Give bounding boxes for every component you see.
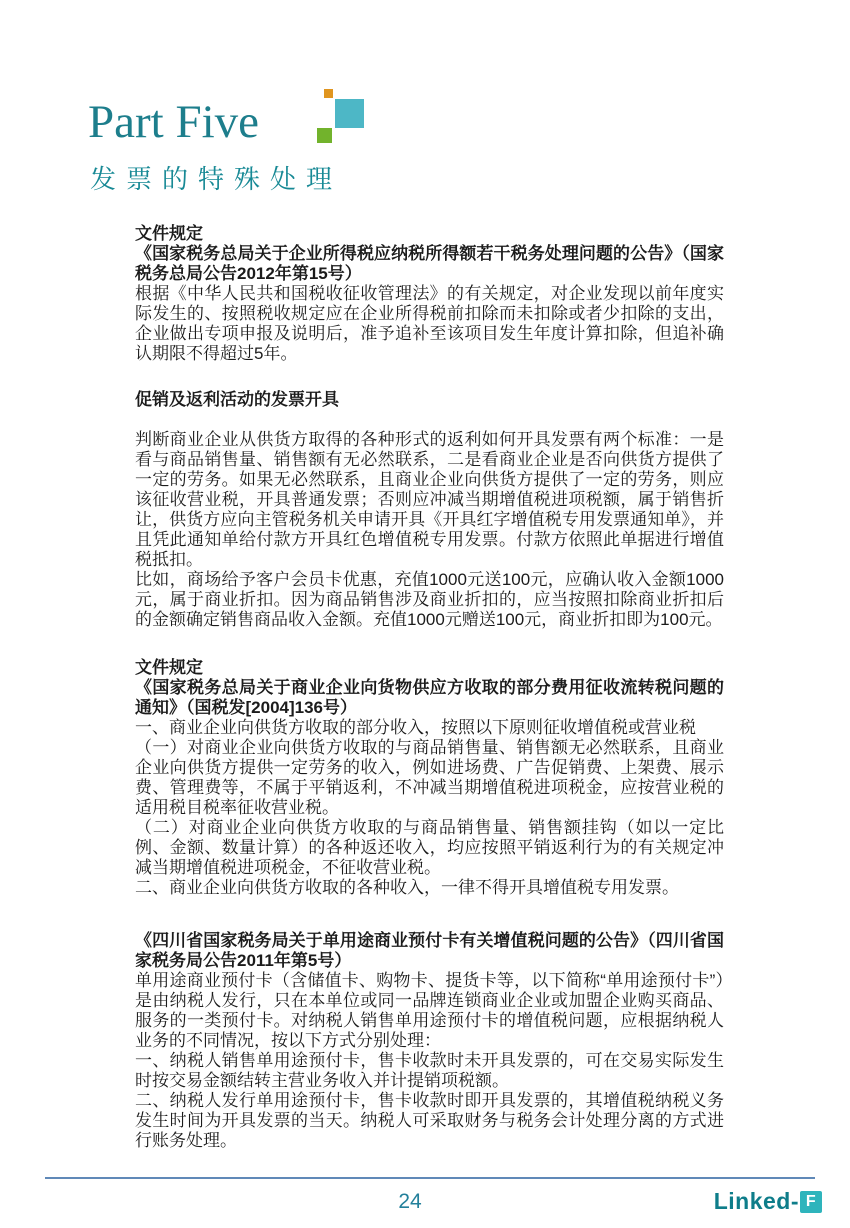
section-heading: 文件规定 [135, 224, 724, 244]
document-title: 《国家税务总局关于企业所得税应纳税所得额若干税务处理问题的公告》（国家税务总局公… [135, 244, 724, 284]
section-heading: 文件规定 [135, 658, 724, 678]
linkedf-logo: Linked- F [714, 1188, 822, 1215]
green-square-icon [317, 128, 332, 143]
paragraph: 根据《中华人民共和国税收征收管理法》的有关规定，对企业发现以前年度实际发生的、按… [135, 284, 724, 364]
logo-f-badge-icon: F [800, 1191, 822, 1213]
document-page: Part Five 发票的特殊处理 文件规定 《国家税务总局关于企业所得税应纳税… [0, 0, 850, 1228]
section-heading: 促销及返利活动的发票开具 [135, 390, 724, 410]
part-title: Part Five [88, 94, 259, 150]
paragraph: 单用途商业预付卡（含储值卡、购物卡、提货卡等，以下简称“单用途预付卡”）是由纳税… [135, 971, 724, 1051]
paragraph: 一、纳税人销售单用途预付卡，售卡收款时未开具发票的，可在交易实际发生时按交易金额… [135, 1051, 724, 1091]
paragraph: 二、纳税人发行单用途预付卡，售卡收款时即开具发票的，其增值税纳税义务发生时间为开… [135, 1091, 724, 1151]
paragraph: 比如，商场给予客户会员卡优惠，充值1000元送100元，应确认收入金额1000元… [135, 570, 724, 630]
section-promo-rebate-invoicing: 促销及返利活动的发票开具 判断商业企业从供货方取得的各种形式的返利如何开具发票有… [135, 390, 724, 630]
teal-square-icon [335, 99, 364, 128]
section-document-rule-1: 文件规定 《国家税务总局关于企业所得税应纳税所得额若干税务处理问题的公告》（国家… [135, 224, 724, 364]
footer-divider [45, 1177, 815, 1179]
part-subtitle: 发票的特殊处理 [90, 160, 342, 198]
squares-decoration-icon [316, 88, 368, 146]
logo-text: Linked- [714, 1188, 799, 1215]
document-title: 《四川省国家税务局关于单用途商业预付卡有关增值税问题的公告》（四川省国家税务局公… [135, 931, 724, 971]
document-title: 《国家税务总局关于商业企业向货物供应方收取的部分费用征收流转税问题的通知》（国税… [135, 678, 724, 718]
paragraph: 判断商业企业从供货方取得的各种形式的返利如何开具发票有两个标准：一是看与商品销售… [135, 430, 724, 570]
paragraph: 二、商业企业向供货方收取的各种收入，一律不得开具增值税专用发票。 [135, 878, 724, 898]
paragraph: 一、商业企业向供货方收取的部分收入，按照以下原则征收增值税或营业税 [135, 718, 724, 738]
paragraph: （二）对商业企业向供货方收取的与商品销售量、销售额挂钩（如以一定比例、金额、数量… [135, 818, 724, 878]
document-body: 文件规定 《国家税务总局关于企业所得税应纳税所得额若干税务处理问题的公告》（国家… [135, 224, 724, 1151]
paragraph: （一）对商业企业向供货方收取的与商品销售量、销售额无必然联系，且商业企业向供货方… [135, 738, 724, 818]
page-number: 24 [0, 1190, 820, 1214]
orange-square-icon [324, 89, 333, 98]
section-document-rule-2: 文件规定 《国家税务总局关于商业企业向货物供应方收取的部分费用征收流转税问题的通… [135, 658, 724, 898]
section-sichuan-prepaid-card: 《四川省国家税务局关于单用途商业预付卡有关增值税问题的公告》（四川省国家税务局公… [135, 931, 724, 1151]
